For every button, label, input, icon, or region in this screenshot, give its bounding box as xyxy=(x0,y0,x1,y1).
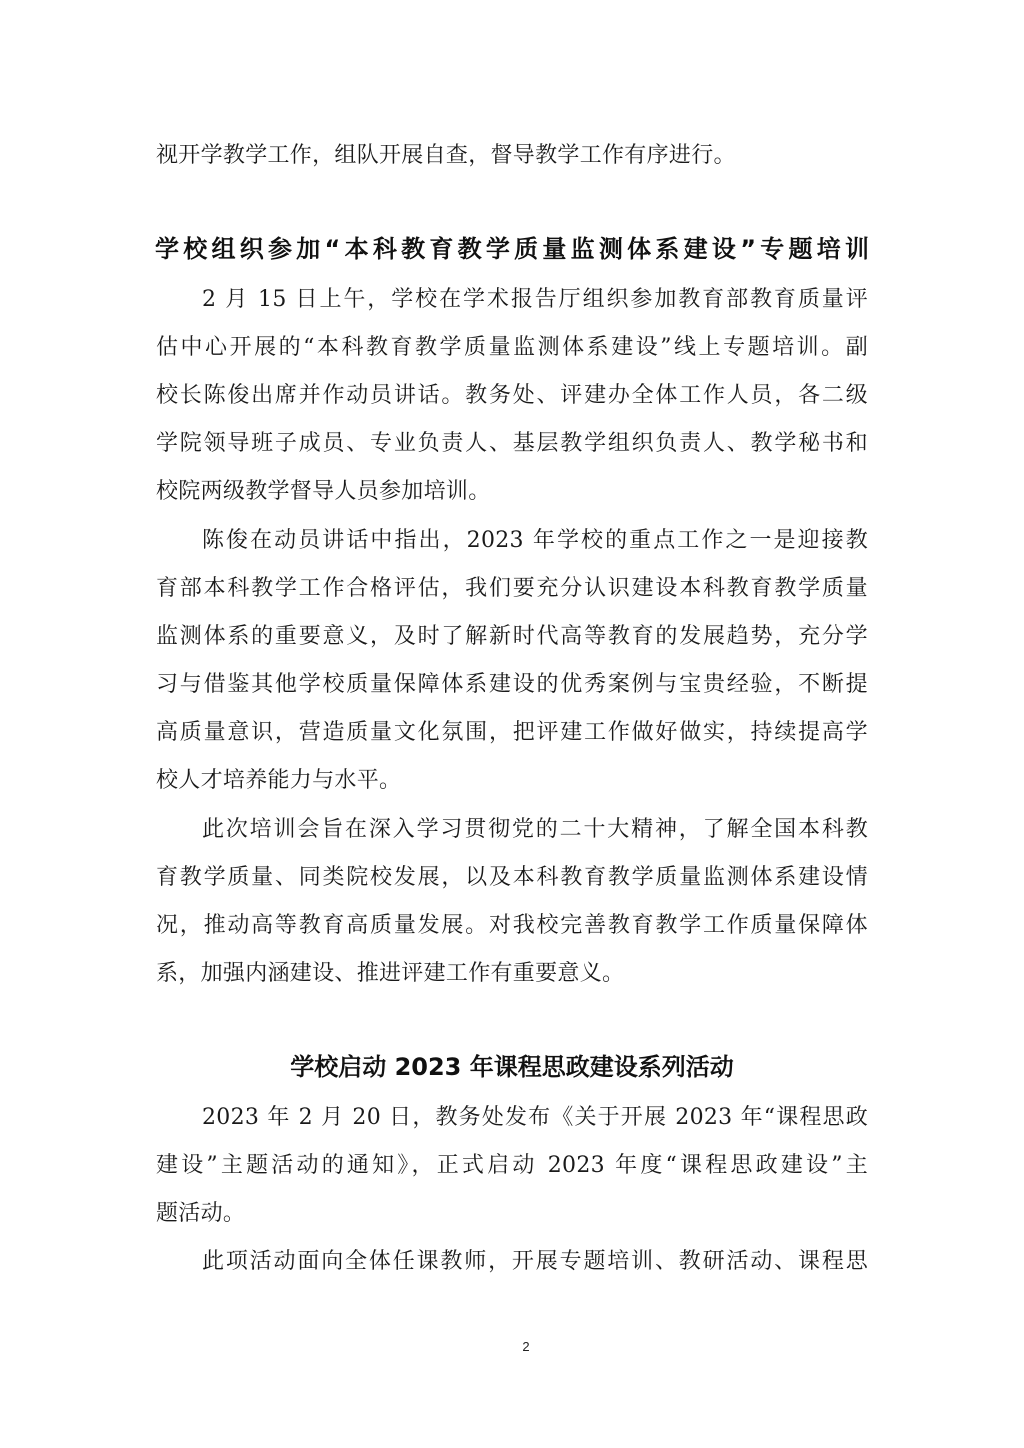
paragraph-line: 校长陈俊出席并作动员讲话。教务处、评建办全体工作人员，各二级 xyxy=(156,382,868,410)
paragraph-line: 陈俊在动员讲话中指出，2023 年学校的重点工作之一是迎接教 xyxy=(202,527,868,555)
paragraph-line: 监测体系的重要意义，及时了解新时代高等教育的发展趋势，充分学 xyxy=(156,623,868,651)
paragraph-line: 建设”主题活动的通知》，正式启动 2023 年度“课程思政建设”主 xyxy=(156,1152,868,1180)
paragraph-line: 此次培训会旨在深入学习贯彻党的二十大精神，了解全国本科教 xyxy=(202,816,868,844)
paragraph-line: 校人才培养能力与水平。 xyxy=(156,767,868,795)
paragraph-line: 此项活动面向全体任课教师，开展专题培训、教研活动、课程思 xyxy=(202,1248,868,1276)
paragraph-line: 学院领导班子成员、专业负责人、基层教学组织负责人、教学秘书和 xyxy=(156,430,868,458)
paragraph-line: 育部本科教学工作合格评估，我们要充分认识建设本科教育教学质量 xyxy=(156,575,868,603)
paragraph-line: 育教学质量、同类院校发展，以及本科教育教学质量监测体系建设情 xyxy=(156,864,868,892)
paragraph-line: 习与借鉴其他学校质量保障体系建设的优秀案例与宝贵经验，不断提 xyxy=(156,671,868,699)
paragraph-line: 估中心开展的“本科教育教学质量监测体系建设”线上专题培训。副 xyxy=(156,334,868,362)
paragraph-line: 况，推动高等教育高质量发展。对我校完善教育教学工作质量保障体 xyxy=(156,912,868,940)
page-number: 2 xyxy=(0,1339,1024,1354)
paragraph-line: 校院两级教学督导人员参加培训。 xyxy=(156,478,868,506)
section-heading-ideology-course: 学校启动 2023 年课程思政建设系列活动 xyxy=(155,1052,869,1082)
paragraph-line: 2023 年 2 月 20 日，教务处发布《关于开展 2023 年“课程思政 xyxy=(202,1104,868,1132)
document-page: 视开学教学工作，组队开展自查，督导教学工作有序进行。 学校组织参加“本科教育教学… xyxy=(0,0,1024,1448)
paragraph-line: 高质量意识，营造质量文化氛围，把评建工作做好做实，持续提高学 xyxy=(156,719,868,747)
paragraph-line: 题活动。 xyxy=(156,1200,868,1228)
paragraph-continuation-line: 视开学教学工作，组队开展自查，督导教学工作有序进行。 xyxy=(156,142,868,170)
paragraph-line: 2 月 15 日上午，学校在学术报告厅组织参加教育部教育质量评 xyxy=(202,286,868,314)
paragraph-line: 系，加强内涵建设、推进评建工作有重要意义。 xyxy=(156,960,868,988)
section-heading-training: 学校组织参加“本科教育教学质量监测体系建设”专题培训 xyxy=(155,234,869,264)
